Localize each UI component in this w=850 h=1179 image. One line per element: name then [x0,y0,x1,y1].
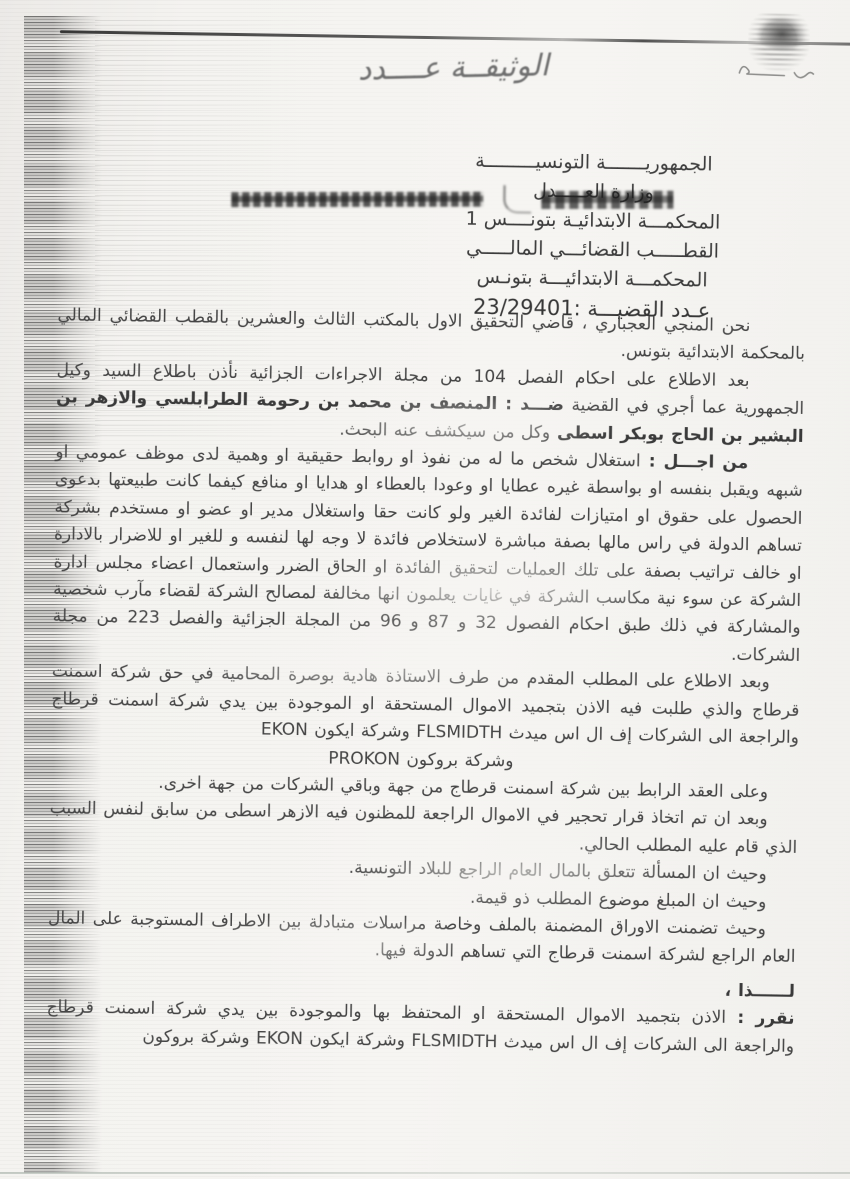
paragraph-bold-segment: من اجـــل : [640,451,748,473]
illegible-stamp-smudge-right [541,191,673,209]
paragraph: نقرر : الاذن بتجميد الاموال المستحقة او … [46,994,795,1061]
paragraph: بعد الاطلاع على احكام الفصل 104 من مجلة … [56,357,805,451]
court-header: الجمهوريـــــــة التونسيـــــــــة وزارة… [365,145,820,327]
paragraph-segment: وبعد الاطلاع على المطلب المقدم من طرف ال… [51,661,799,748]
illegible-stamp-stroke [503,185,531,213]
paragraph-segment: وحيث ان المبلغ موضوع المطلب ذو قيمة. [470,887,767,912]
illegible-stamp-smudge-left [231,192,483,207]
document-body: نحن المنجي العجباري ، قاضي التحقيق الاول… [46,302,806,1061]
paragraph-segment: استغلال شخص ما له من نفوذ او روابط حقيقي… [53,442,803,666]
corner-pen-scribble-icon [733,57,823,84]
paragraph-bold-segment: لــــــذا ، [725,981,796,1002]
paragraph-segment: وبعد ان تم اتخاذ قرار تحجير في الاموال ا… [50,798,798,857]
paragraph: من اجـــل : استغلال شخص ما له من نفوذ او… [52,439,803,670]
paragraph-bold-segment: نقرر : [726,1008,795,1029]
paragraph-segment: وحيث ان المسألة تتعلق بالمال العام الراج… [349,858,767,885]
paragraph-segment: الاذن بتجميد الاموال المستحقة او المحتفظ… [46,997,794,1056]
paragraph: وحيث تضمنت الاوراق المضمنة بالملف وخاصة … [47,905,796,972]
paragraph: وبعد الاطلاع على المطلب المقدم من طرف ال… [51,658,800,752]
bottom-scan-edge-line [0,1172,850,1174]
paragraph-segment: وكل من سيكشف عنه البحث. [339,419,550,442]
paragraph-segment: وحيث تضمنت الاوراق المضمنة بالملف وخاصة … [48,908,796,967]
paragraph-segment: وشركة بروكون PROKON [328,748,514,771]
handwritten-document-number: الوثيقــة عــــدد [323,47,584,88]
top-scan-edge-line [60,30,850,46]
scanned-court-document-page: { "page": { "handwritten_title": "الوثيق… [0,0,850,1179]
document-content: الوثيقــة عــــدد الجمهوريـــــــة التون… [0,0,850,1179]
paragraph-segment: نحن المنجي العجباري ، قاضي التحقيق الاول… [57,305,805,364]
